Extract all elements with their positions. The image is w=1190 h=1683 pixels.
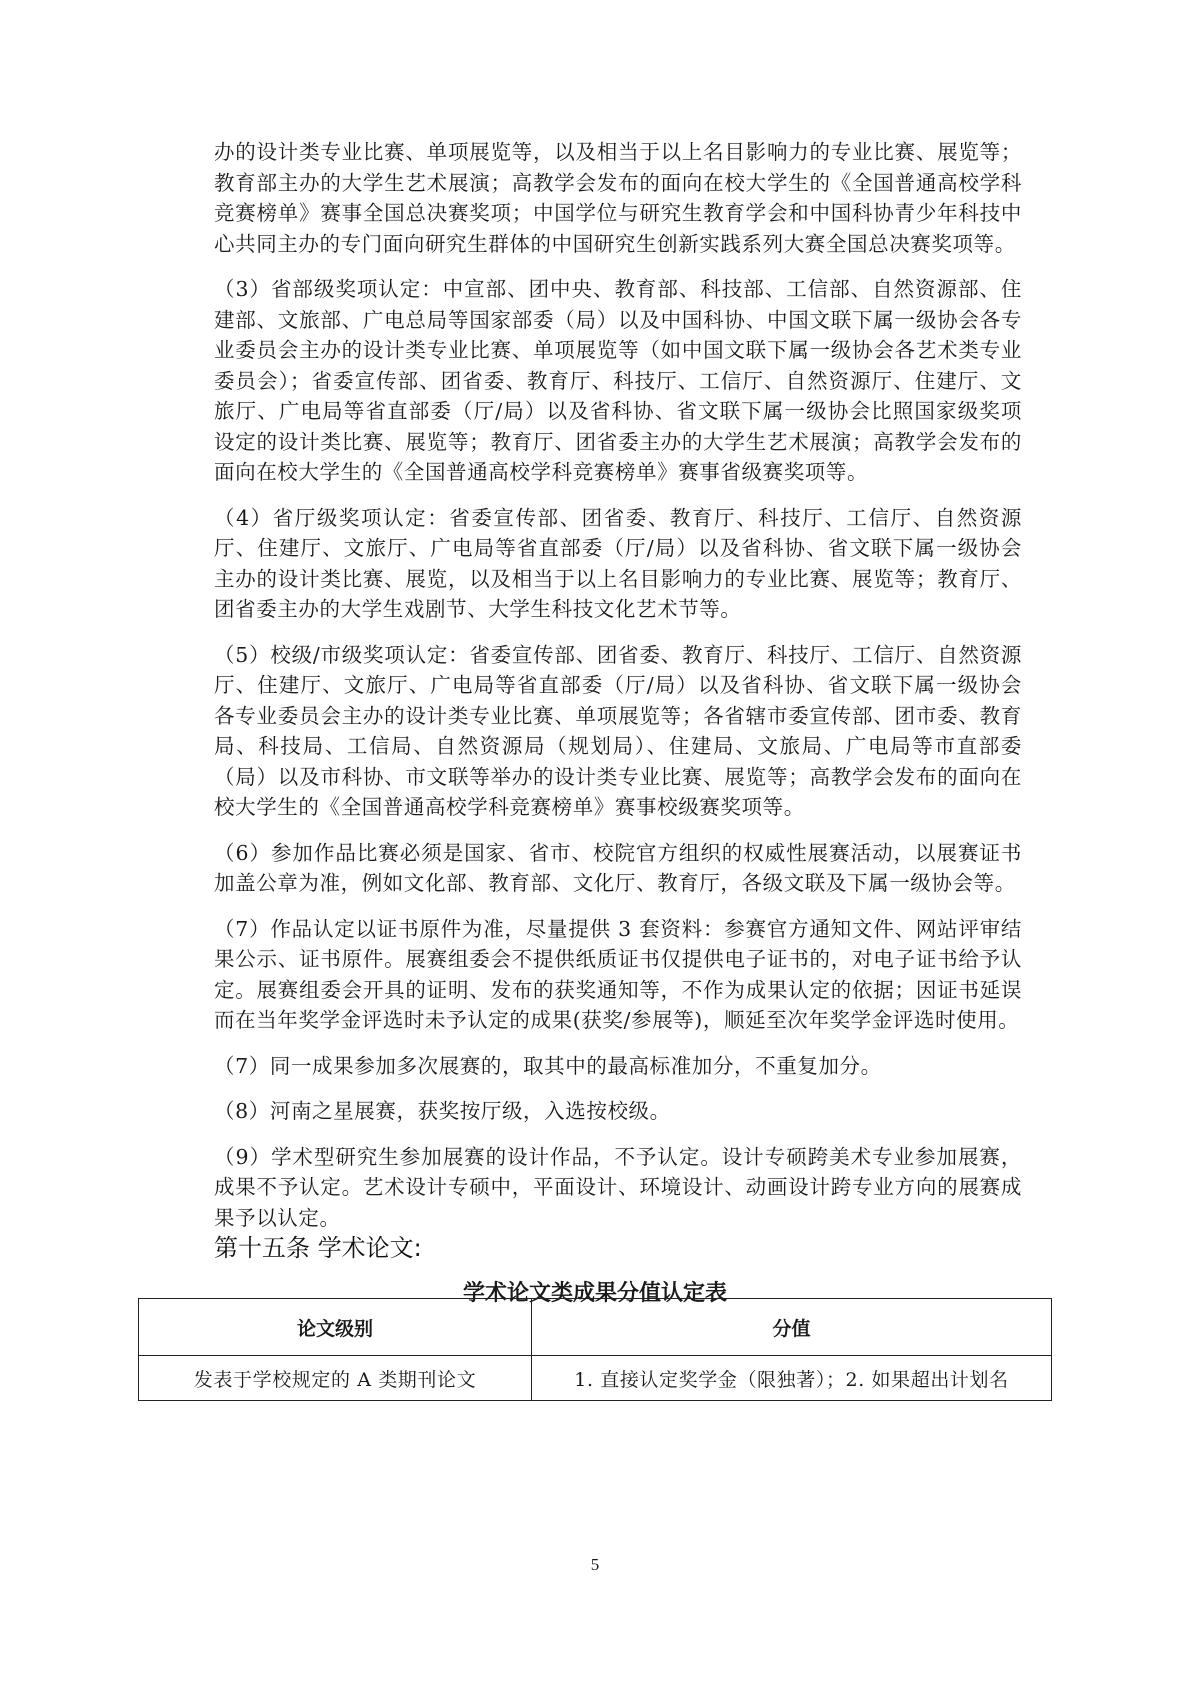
article-heading: 第十五条 学术论文: (214, 1228, 422, 1263)
paragraph-item-5: （5）校级/市级奖项认定：省委宣传部、团省委、教育厅、科技厅、工信厅、自然资源厅… (214, 640, 1022, 823)
paragraph-item-6: （6）参加作品比赛必须是国家、省市、校院官方组织的权威性展赛活动，以展赛证书加盖… (214, 838, 1022, 899)
header-score: 分值 (532, 1299, 1052, 1356)
header-paper-level: 论文级别 (139, 1299, 532, 1356)
document-page: 办的设计类专业比赛、单项展览等，以及相当于以上名目影响力的专业比赛、展览等；教育… (0, 0, 1190, 1683)
table-row: 发表于学校规定的 A 类期刊论文 1. 直接认定奖学金（限独著）；2. 如果超出… (139, 1356, 1052, 1401)
cell-score: 1. 直接认定奖学金（限独著）；2. 如果超出计划名 (532, 1356, 1052, 1401)
page-number: 5 (0, 1555, 1190, 1575)
paragraph-item-4: （4）省厅级奖项认定：省委宣传部、团省委、教育厅、科技厅、工信厅、自然资源厅、住… (214, 503, 1022, 625)
score-table: 论文级别 分值 发表于学校规定的 A 类期刊论文 1. 直接认定奖学金（限独著）… (138, 1298, 1052, 1401)
paragraph-item-3: （3）省部级奖项认定：中宣部、团中央、教育部、科技部、工信部、自然资源部、住建部… (214, 274, 1022, 488)
paragraph-item-7b: （7）同一成果参加多次展赛的，取其中的最高标准加分，不重复加分。 (214, 1051, 1022, 1082)
paragraph-item-7a: （7）作品认定以证书原件为准，尽量提供 3 套资料：参赛官方通知文件、网站评审结… (214, 914, 1022, 1036)
cell-paper-level: 发表于学校规定的 A 类期刊论文 (139, 1356, 532, 1401)
body-text: 办的设计类专业比赛、单项展览等，以及相当于以上名目影响力的专业比赛、展览等；教育… (214, 137, 1022, 1248)
paragraph-item-9: （9）学术型研究生参加展赛的设计作品，不予认定。设计专硕跨美术专业参加展赛，成果… (214, 1142, 1022, 1234)
table-header-row: 论文级别 分值 (139, 1299, 1052, 1356)
paragraph-continuation: 办的设计类专业比赛、单项展览等，以及相当于以上名目影响力的专业比赛、展览等；教育… (214, 137, 1022, 259)
paragraph-item-8: （8）河南之星展赛，获奖按厅级，入选按校级。 (214, 1096, 1022, 1127)
